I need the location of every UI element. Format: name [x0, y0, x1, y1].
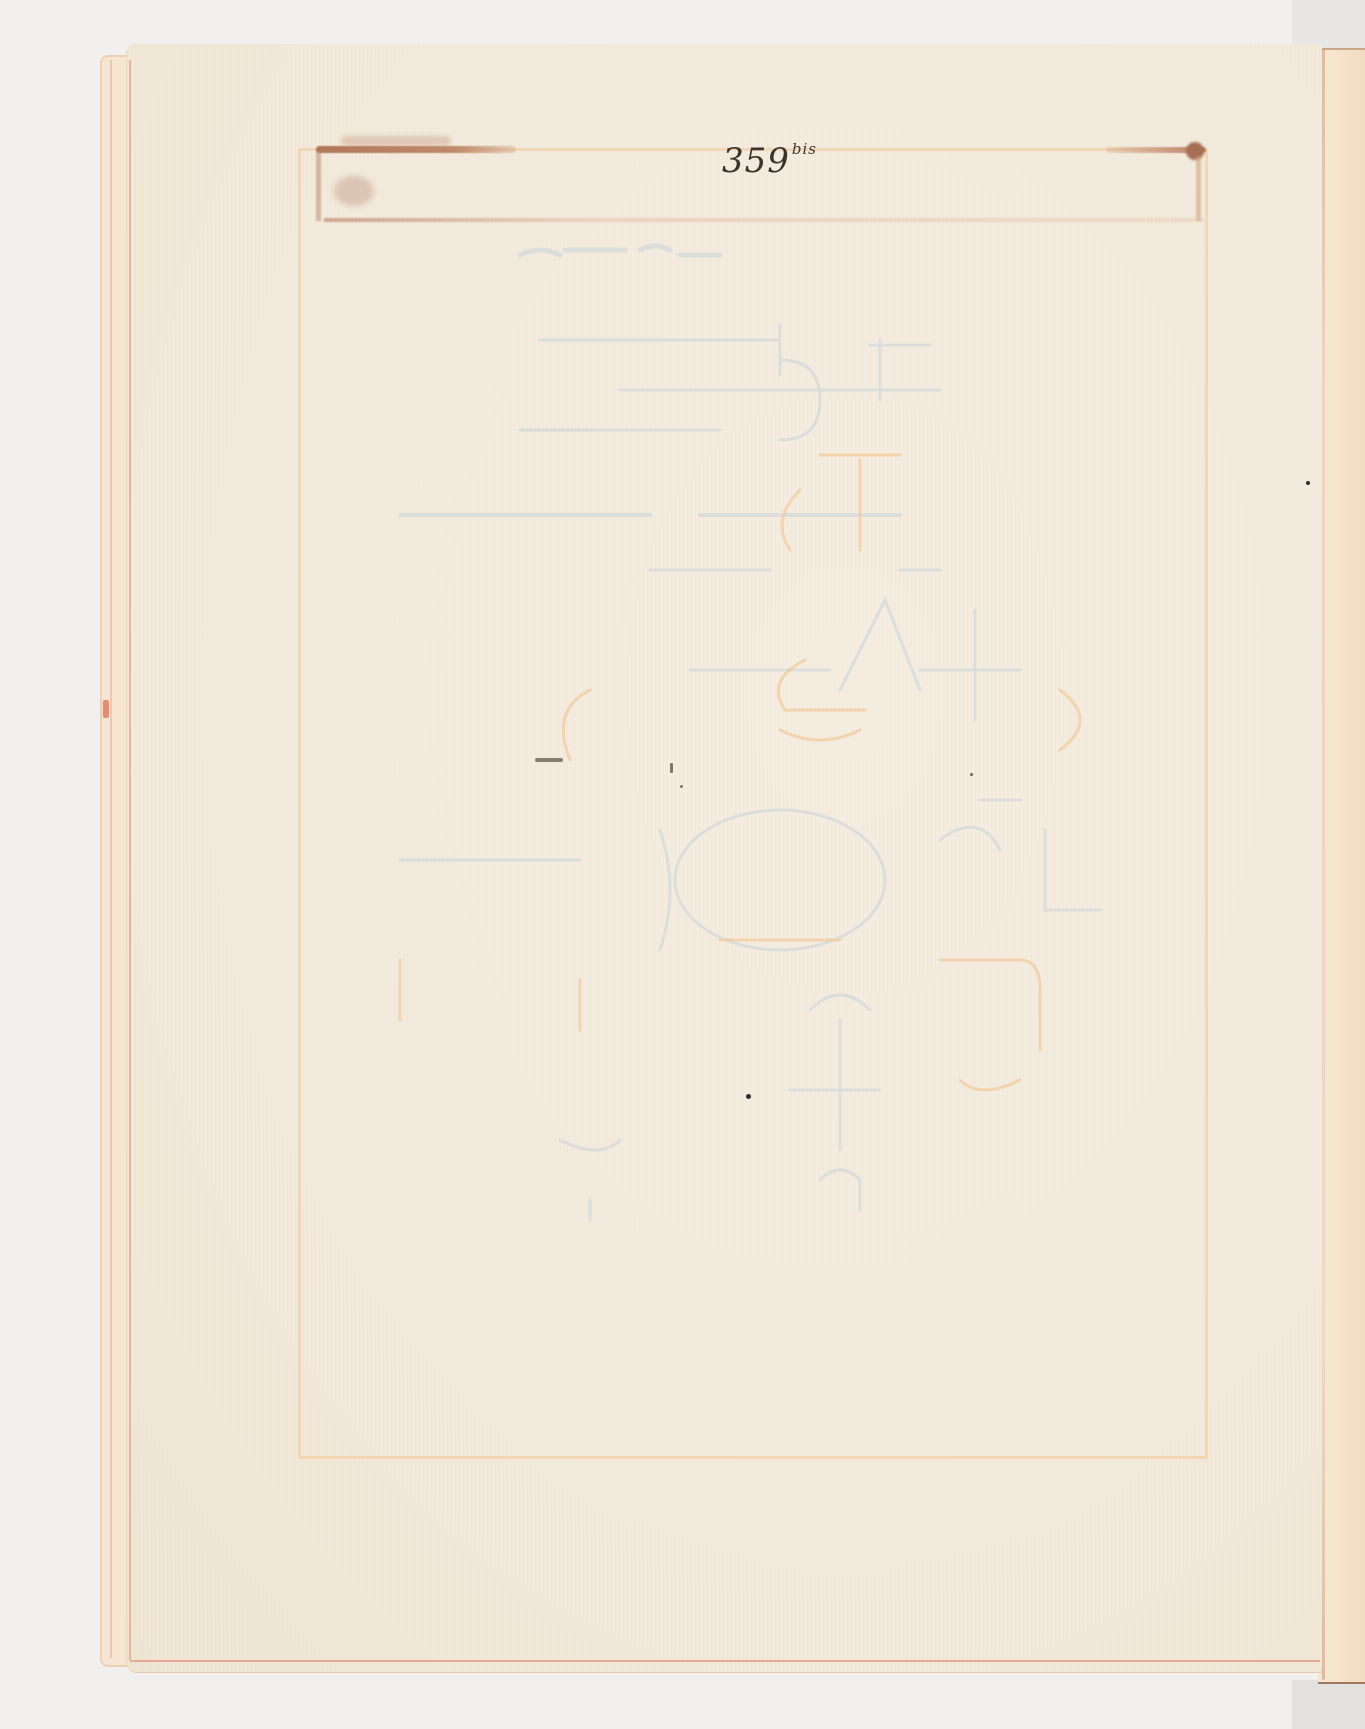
ink-speck	[1306, 481, 1310, 485]
stamp-top-left-bar	[316, 146, 516, 153]
stamp-bottom-bar	[324, 218, 1204, 222]
stamp-smudge	[341, 136, 451, 146]
page-edge-rule-left	[129, 60, 131, 1660]
stamp-left-bar	[316, 151, 321, 221]
red-edge-mark	[103, 700, 109, 718]
ink-speck	[970, 773, 973, 776]
ink-speck	[680, 785, 683, 788]
stamp-corner-blot	[1186, 142, 1204, 160]
stamp-smudge	[334, 176, 374, 206]
scan-background	[1292, 1680, 1365, 1729]
ruled-border-frame	[298, 148, 1208, 1459]
folio-number: 359bis	[722, 140, 817, 181]
folio-suffix: bis	[792, 140, 817, 158]
page-edge-rule-bottom	[130, 1660, 1320, 1662]
folio-number-text: 359	[722, 141, 790, 181]
facing-page-edge	[1318, 48, 1365, 1684]
scan-background	[1292, 0, 1365, 48]
ink-speck	[746, 1094, 751, 1099]
spine-crease	[1322, 48, 1325, 1680]
stamp-right-bar	[1196, 156, 1201, 221]
ink-speck	[670, 763, 673, 773]
ink-speck	[535, 758, 563, 762]
